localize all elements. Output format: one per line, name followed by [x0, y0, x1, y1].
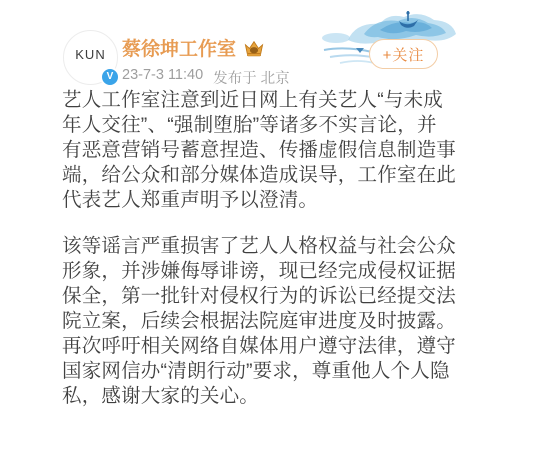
vip-crown-icon: [243, 39, 265, 57]
avatar[interactable]: KUN V: [63, 30, 118, 85]
verified-v-icon: V: [100, 67, 120, 87]
post-meta: 23-7-3 11:40 发布于 北京: [122, 67, 290, 88]
post-paragraph-2: 该等谣言严重损害了艺人人格权益与社会公众 形象，并涉嫌侮辱诽谤，现已经完成侵权证…: [62, 234, 464, 409]
post-paragraph-1: 艺人工作室注意到近日网上有关艺人“与未成 年人交往”、“强制堕胎”等诸多不实言论…: [62, 88, 464, 213]
follow-button[interactable]: +关注: [369, 39, 438, 69]
avatar-logo-text: KUN: [64, 47, 117, 62]
author-name[interactable]: 蔡徐坤工作室: [122, 34, 236, 61]
post-timestamp: 23-7-3 11:40: [122, 67, 203, 88]
author-block: 蔡徐坤工作室 23-7-3 11:40 发布于 北京: [122, 34, 290, 88]
weibo-post: KUN V 蔡徐坤工作室 23-7-3 11:40 发布于 北京 +关注 艺人工…: [0, 0, 533, 454]
post-location: 发布于 北京: [213, 67, 290, 88]
post-content: 艺人工作室注意到近日网上有关艺人“与未成 年人交往”、“强制堕胎”等诸多不实言论…: [62, 88, 464, 430]
